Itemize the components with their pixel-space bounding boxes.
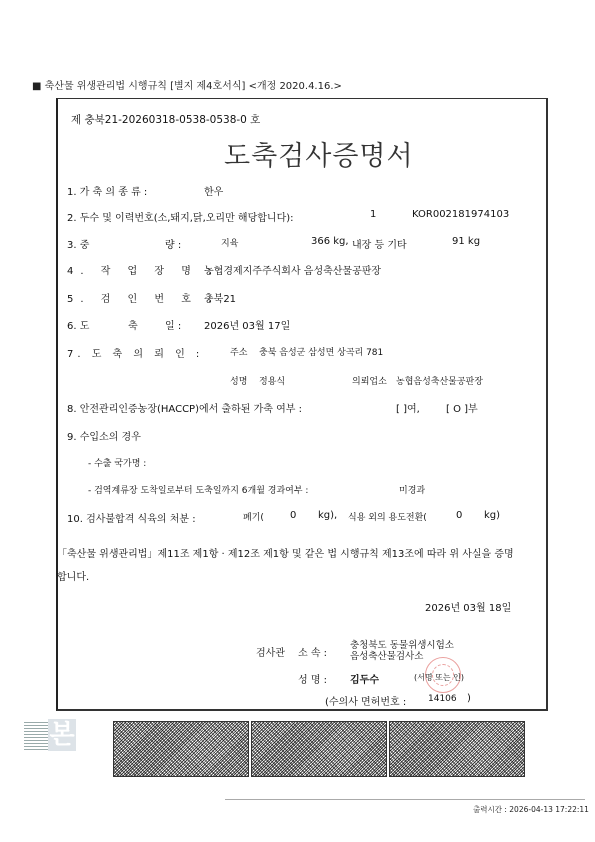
certification-line-1: 「축산물 위생관리법」제11조 제1항 · 제12조 제1항 및 같은 법 시행…: [57, 545, 514, 560]
field-6-label-a: 6. 도: [67, 317, 89, 332]
license-close: ): [467, 693, 471, 704]
field-10-label: 10. 검사불합격 식육의 처분 :: [67, 510, 196, 525]
discard-unit: kg),: [318, 510, 337, 521]
page-title: 도축검사증명서: [224, 134, 414, 173]
head-count: 1: [370, 209, 376, 220]
other-weight: 91 kg: [452, 236, 480, 247]
requester-name: 정용식: [259, 374, 285, 387]
livestock-type: 한우: [204, 183, 223, 198]
affiliation-line-2: 음성축산물검사소: [350, 648, 423, 662]
address-label: 주소: [230, 345, 247, 358]
affiliation-label: 소 속 :: [298, 644, 327, 659]
carcass-weight: 366 kg,: [311, 236, 349, 247]
field-6-label-b: 축: [128, 317, 138, 332]
field-2-label: 2. 두수 및 이력번호(소,돼지,닭,오리만 해당합니다):: [67, 209, 294, 224]
field-3-label-a: 3. 중: [67, 236, 89, 251]
security-barcode-3: [389, 721, 525, 777]
inspector-title: 검사관: [256, 644, 285, 659]
discard-amount: 0: [290, 510, 296, 521]
trace-number: KOR002181974103: [412, 209, 509, 220]
name-label: 성명: [230, 374, 247, 387]
form-reference: ■ 축산물 위생관리법 시행규칙 [별지 제4호서식] <개정 2020.4.1…: [32, 77, 342, 92]
field-1-label: 1. 가 축 의 종 류 :: [67, 183, 147, 198]
quarantine-label: - 검역계류장 도착일로부터 도축일까지 6개월 경과여부 :: [88, 483, 308, 496]
signature-note: (서명 또는 인): [414, 672, 464, 683]
field-5-label: 5. 검 인 번 호 :: [67, 290, 218, 305]
security-barcode-1: [113, 721, 249, 777]
print-timestamp: 출력시간 : 2026-04-13 17:22:11: [473, 804, 589, 815]
other-weight-label: 내장 등 기타: [352, 236, 407, 251]
license-number: 14106: [428, 694, 457, 704]
field-9-label: 9. 수입소의 경우: [67, 428, 141, 443]
inspector-name: 김두수: [350, 671, 379, 686]
discard-label: 폐기(: [243, 510, 264, 523]
weight-type: 지육: [221, 236, 238, 249]
haccp-yes: [ ]여,: [396, 400, 420, 415]
document-number: 제 충북21-20260318-0538-0538-0 호: [71, 112, 260, 127]
field-4-label: 4. 작 업 장 명 :: [67, 262, 218, 277]
field-7-label: 7. 도 축 의 뢰 인 :: [67, 345, 203, 360]
export-country-label: - 수출 국가명 :: [88, 456, 146, 469]
original-watermark: 본: [48, 719, 76, 751]
inspector-name-label: 성 명 :: [298, 671, 327, 686]
slaughter-date: 2026년 03월 17일: [204, 317, 290, 332]
haccp-no: [ O ]부: [446, 400, 478, 415]
stamp-number: 충북21: [204, 290, 236, 305]
certification-line-2: 합니다.: [57, 568, 89, 583]
convert-amount: 0: [456, 510, 462, 521]
convert-label: 식용 외의 용도전환(: [348, 510, 427, 523]
footer-divider: [225, 799, 585, 800]
business-label: 의뢰업소: [352, 374, 387, 387]
issue-date: 2026년 03월 18일: [425, 599, 511, 614]
convert-unit: kg): [484, 510, 500, 521]
requester-business: 농협음성축산물공판장: [396, 374, 483, 387]
license-label: (수의사 면허번호 :: [325, 693, 406, 708]
quarantine-status: 미경과: [399, 483, 425, 496]
field-6-label-c: 일 :: [165, 317, 181, 332]
workplace-name: 농협경제지주주식회사 음성축산물공판장: [204, 262, 381, 277]
field-8-label: 8. 안전관리인증농장(HACCP)에서 출하된 가축 여부 :: [67, 400, 302, 415]
field-3-label-b: 량 :: [165, 236, 181, 251]
security-barcode-2: [251, 721, 387, 777]
requester-address: 충북 음성군 삼성면 상곡리 781: [259, 345, 383, 358]
